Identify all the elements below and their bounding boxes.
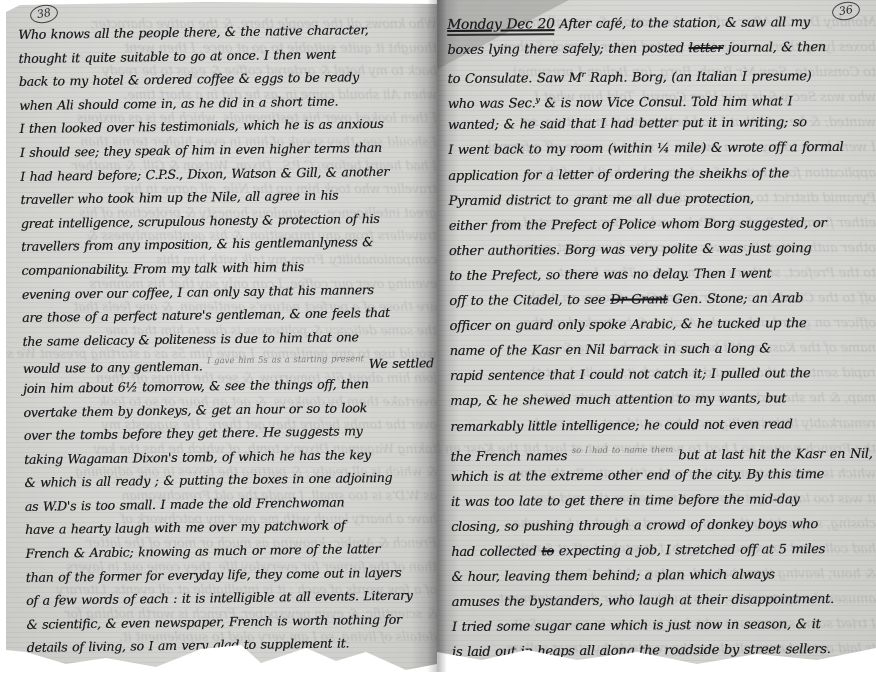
manuscript-line: amuses the bystanders, who laugh at thei… bbox=[452, 587, 876, 615]
manuscript-line: Monday Dec 20 After café, to the station… bbox=[447, 10, 876, 38]
scanned-journal-spread: Who knows all the people there, & the na… bbox=[0, 0, 876, 691]
manuscript-line: which is at the extreme other end of the… bbox=[451, 461, 876, 489]
handwritten-text-right: Monday Dec 20 After café, to the station… bbox=[447, 10, 876, 666]
manuscript-line: I went back to my room (within ¼ mile) &… bbox=[448, 135, 876, 163]
binding-gutter bbox=[427, 0, 447, 672]
manuscript-line: other authorities. Borg was very polite … bbox=[449, 235, 876, 263]
manuscript-line: to Consulate. Saw Mr Raph. Borg, (an Ita… bbox=[447, 60, 876, 88]
page-number-circle: 36 bbox=[831, 0, 862, 22]
page-number-circle: 38 bbox=[29, 3, 60, 26]
manuscript-line: rapid sentence that I could not catch it… bbox=[450, 361, 876, 389]
page-number-left: 38 bbox=[30, 5, 58, 23]
manuscript-line: wanted; & he said that I had better put … bbox=[448, 110, 876, 138]
manuscript-line: is laid out in heaps all along the roads… bbox=[452, 637, 876, 665]
manuscript-page-left: Who knows all the people there, & the na… bbox=[6, 2, 437, 686]
manuscript-line: & hour, leaving them behind; a plan whic… bbox=[451, 562, 876, 590]
manuscript-line: closing, so pushing through a crowd of d… bbox=[451, 511, 876, 539]
manuscript-line: remarkably little intelligence; he could… bbox=[450, 411, 876, 439]
manuscript-line: the French names so I had to name them b… bbox=[450, 436, 876, 464]
manuscript-line: Pyramid district to grant me all due pro… bbox=[448, 185, 876, 213]
manuscript-line: it was too late to get there in time bef… bbox=[451, 486, 876, 514]
page-number-right: 36 bbox=[832, 2, 860, 20]
manuscript-line: had collected to expecting a job, I stre… bbox=[451, 537, 876, 565]
manuscript-line: off to the Citadel, to see Dr Grant Gen.… bbox=[449, 286, 876, 314]
manuscript-line: boxes lying there safely; then posted le… bbox=[447, 35, 876, 63]
manuscript-page-right: Monday Dec 20 After café, to the station… bbox=[437, 0, 876, 670]
manuscript-line: I tried some sugar cane which is just no… bbox=[452, 612, 876, 640]
manuscript-line: who was Sec.y & is now Vice Consul. Told… bbox=[448, 85, 876, 113]
manuscript-line: application for a letter of ordering the… bbox=[448, 160, 876, 188]
manuscript-line: officer on guard only spoke Arabic, & he… bbox=[449, 311, 876, 339]
manuscript-line: name of the Kasr en Nil barrack in such … bbox=[450, 336, 876, 364]
manuscript-line: either from the Prefect of Police whom B… bbox=[449, 210, 876, 238]
handwritten-text-left: Who knows all the people there, & the na… bbox=[18, 17, 437, 660]
manuscript-line: to the Prefect, so there was no delay. T… bbox=[449, 261, 876, 289]
manuscript-line: map, & he shewed much attention to my wa… bbox=[450, 386, 876, 414]
manuscript-line: details of living, so I am very glad to … bbox=[27, 631, 437, 660]
